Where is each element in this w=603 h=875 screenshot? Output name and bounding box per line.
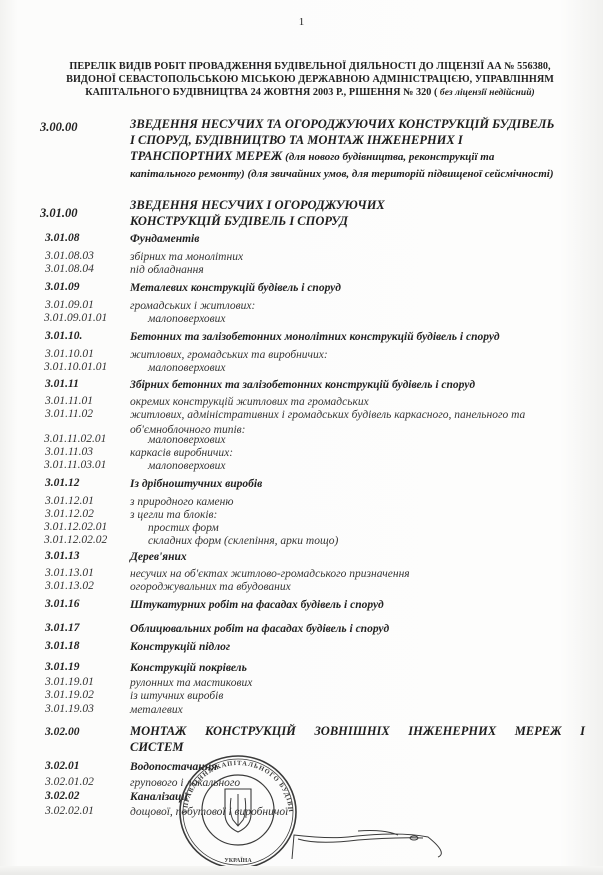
item-code: 3.01.11.02 (45, 408, 93, 420)
item-code: 3.01.19.03 (45, 703, 94, 715)
document-page: 1 ПЕРЕЛІК ВИДІВ РОБІТ ПРОВАДЖЕННЯ БУДІВЕ… (0, 0, 603, 875)
item-text: із штучних виробів (130, 689, 585, 704)
item-code: 3.01.17 (45, 622, 80, 634)
svg-text:УПРАВЛІННЯ КАПІТАЛЬНОГО БУДІВН: УПРАВЛІННЯ КАПІТАЛЬНОГО БУДІВНИЦТВА СЕВА… (175, 752, 294, 814)
item-text: малоповерхових (148, 312, 603, 327)
item-code: 3.02.02.01 (45, 805, 94, 817)
item-code: 3.01.19.02 (45, 689, 94, 701)
item-code: 3.02.01 (45, 760, 80, 772)
item-code: 3.01.19 (45, 661, 80, 673)
item-text: Облицювальних робіт на фасадах будівель … (130, 622, 585, 637)
signature (288, 825, 448, 865)
item-text: Конструкцій покрівель (130, 661, 585, 676)
item-code: 3.01.11 (45, 378, 79, 390)
item-code: 3.01.12.02.02 (44, 534, 107, 546)
item-text: Фундаментів (130, 232, 585, 247)
item-text: складних форм (склепіння, арки тощо) (148, 534, 603, 549)
item-code: 3.01.19.01 (45, 676, 94, 688)
item-code: 3.01.13.02 (45, 580, 94, 592)
item-text: Бетонних та залізобетонних монолітних ко… (130, 330, 585, 345)
section-heading: ЗВЕДЕННЯ НЕСУЧИХ І ОГОРОДЖУЮЧИХ КОНСТРУК… (130, 197, 470, 229)
document-title: ПЕРЕЛІК ВИДІВ РОБІТ ПРОВАДЖЕННЯ БУДІВЕЛЬ… (40, 60, 580, 100)
item-code: 3.01.08.03 (45, 250, 94, 262)
item-code: 3.01.16 (45, 598, 80, 610)
item-code: 3.01.18 (45, 640, 80, 652)
stamp-outer-text: УПРАВЛІННЯ КАПІТАЛЬНОГО БУДІВНИЦТВА СЕВА… (175, 752, 294, 814)
item-code: 3.02.02 (45, 790, 80, 802)
item-code: 3.01.10. (45, 330, 82, 342)
item-text: огороджувальних та вбудованих (130, 580, 585, 595)
item-code: 3.01.08.04 (45, 263, 94, 275)
item-code: 3.01.11.02.01 (44, 433, 106, 445)
item-code: 3.01.08 (45, 232, 80, 244)
section-code: 3.01.00 (40, 206, 78, 221)
item-code: 3.01.13.01 (45, 567, 94, 579)
title-line-2: ВИДОНОЇ СЕВАСТОПОЛЬСЬКОЮ МІСЬКОЮ ДЕРЖАВН… (40, 73, 580, 86)
item-text: малоповерхових (148, 459, 603, 474)
title-line-3: КАПІТАЛЬНОГО БУДІВНИЦТВА 24 ЖОВТНЯ 2003 … (40, 86, 580, 100)
item-code: 3.02.01.02 (45, 776, 94, 788)
page-bottom-edge (0, 866, 603, 875)
item-text: Штукатурних робіт на фасадах будівель і … (130, 598, 585, 613)
item-text: Конструкцій підлог (130, 640, 585, 655)
title-line-1: ПЕРЕЛІК ВИДІВ РОБІТ ПРОВАДЖЕННЯ БУДІВЕЛЬ… (40, 60, 580, 73)
item-text: металевих (130, 703, 585, 718)
item-text: МОНТАЖ КОНСТРУКЦІЙ ЗОВНІШНІХ ІНЖЕНЕРНИХ … (130, 723, 585, 755)
item-text: Металевих конструкцій будівель і споруд (130, 281, 585, 296)
item-code: 3.01.11.03.01 (44, 459, 106, 471)
page-number: 1 (0, 16, 603, 28)
section-code: 3.00.00 (40, 120, 78, 135)
item-code: 3.01.09.01.01 (44, 312, 107, 324)
official-stamp: УПРАВЛІННЯ КАПІТАЛЬНОГО БУДІВНИЦТВА СЕВА… (175, 752, 300, 872)
item-code: 3.01.12.02.01 (44, 521, 107, 533)
title-note: без ліцензії недійсний) (438, 88, 535, 98)
item-code: 3.01.10.01.01 (44, 361, 107, 373)
item-text: під обладнання (130, 263, 585, 278)
item-code: 3.01.09 (45, 281, 80, 293)
item-text: Збірних бетонних та залізобетонних конст… (130, 378, 585, 393)
section-heading: ЗВЕДЕННЯ НЕСУЧИХ ТА ОГОРОДЖУЮЧИХ КОНСТРУ… (130, 116, 560, 182)
item-code: 3.01.13 (45, 550, 80, 562)
item-text: малоповерхових (148, 361, 603, 376)
item-code: 3.02.00 (45, 726, 80, 738)
item-code: 3.01.12.02 (45, 508, 94, 520)
item-code: 3.01.10.01 (45, 348, 94, 360)
item-code: 3.01.11.01 (45, 395, 93, 407)
item-code: 3.01.12 (45, 477, 80, 489)
item-code: 3.01.12.01 (45, 495, 94, 507)
item-code: 3.01.09.01 (45, 299, 94, 311)
item-code: 3.01.11.03 (45, 446, 93, 458)
item-text: Із дрібноштучних виробів (130, 477, 585, 492)
stamp-bottom-text: УКРАЇНА (224, 857, 252, 864)
item-text: Дерев'яних (130, 550, 585, 565)
